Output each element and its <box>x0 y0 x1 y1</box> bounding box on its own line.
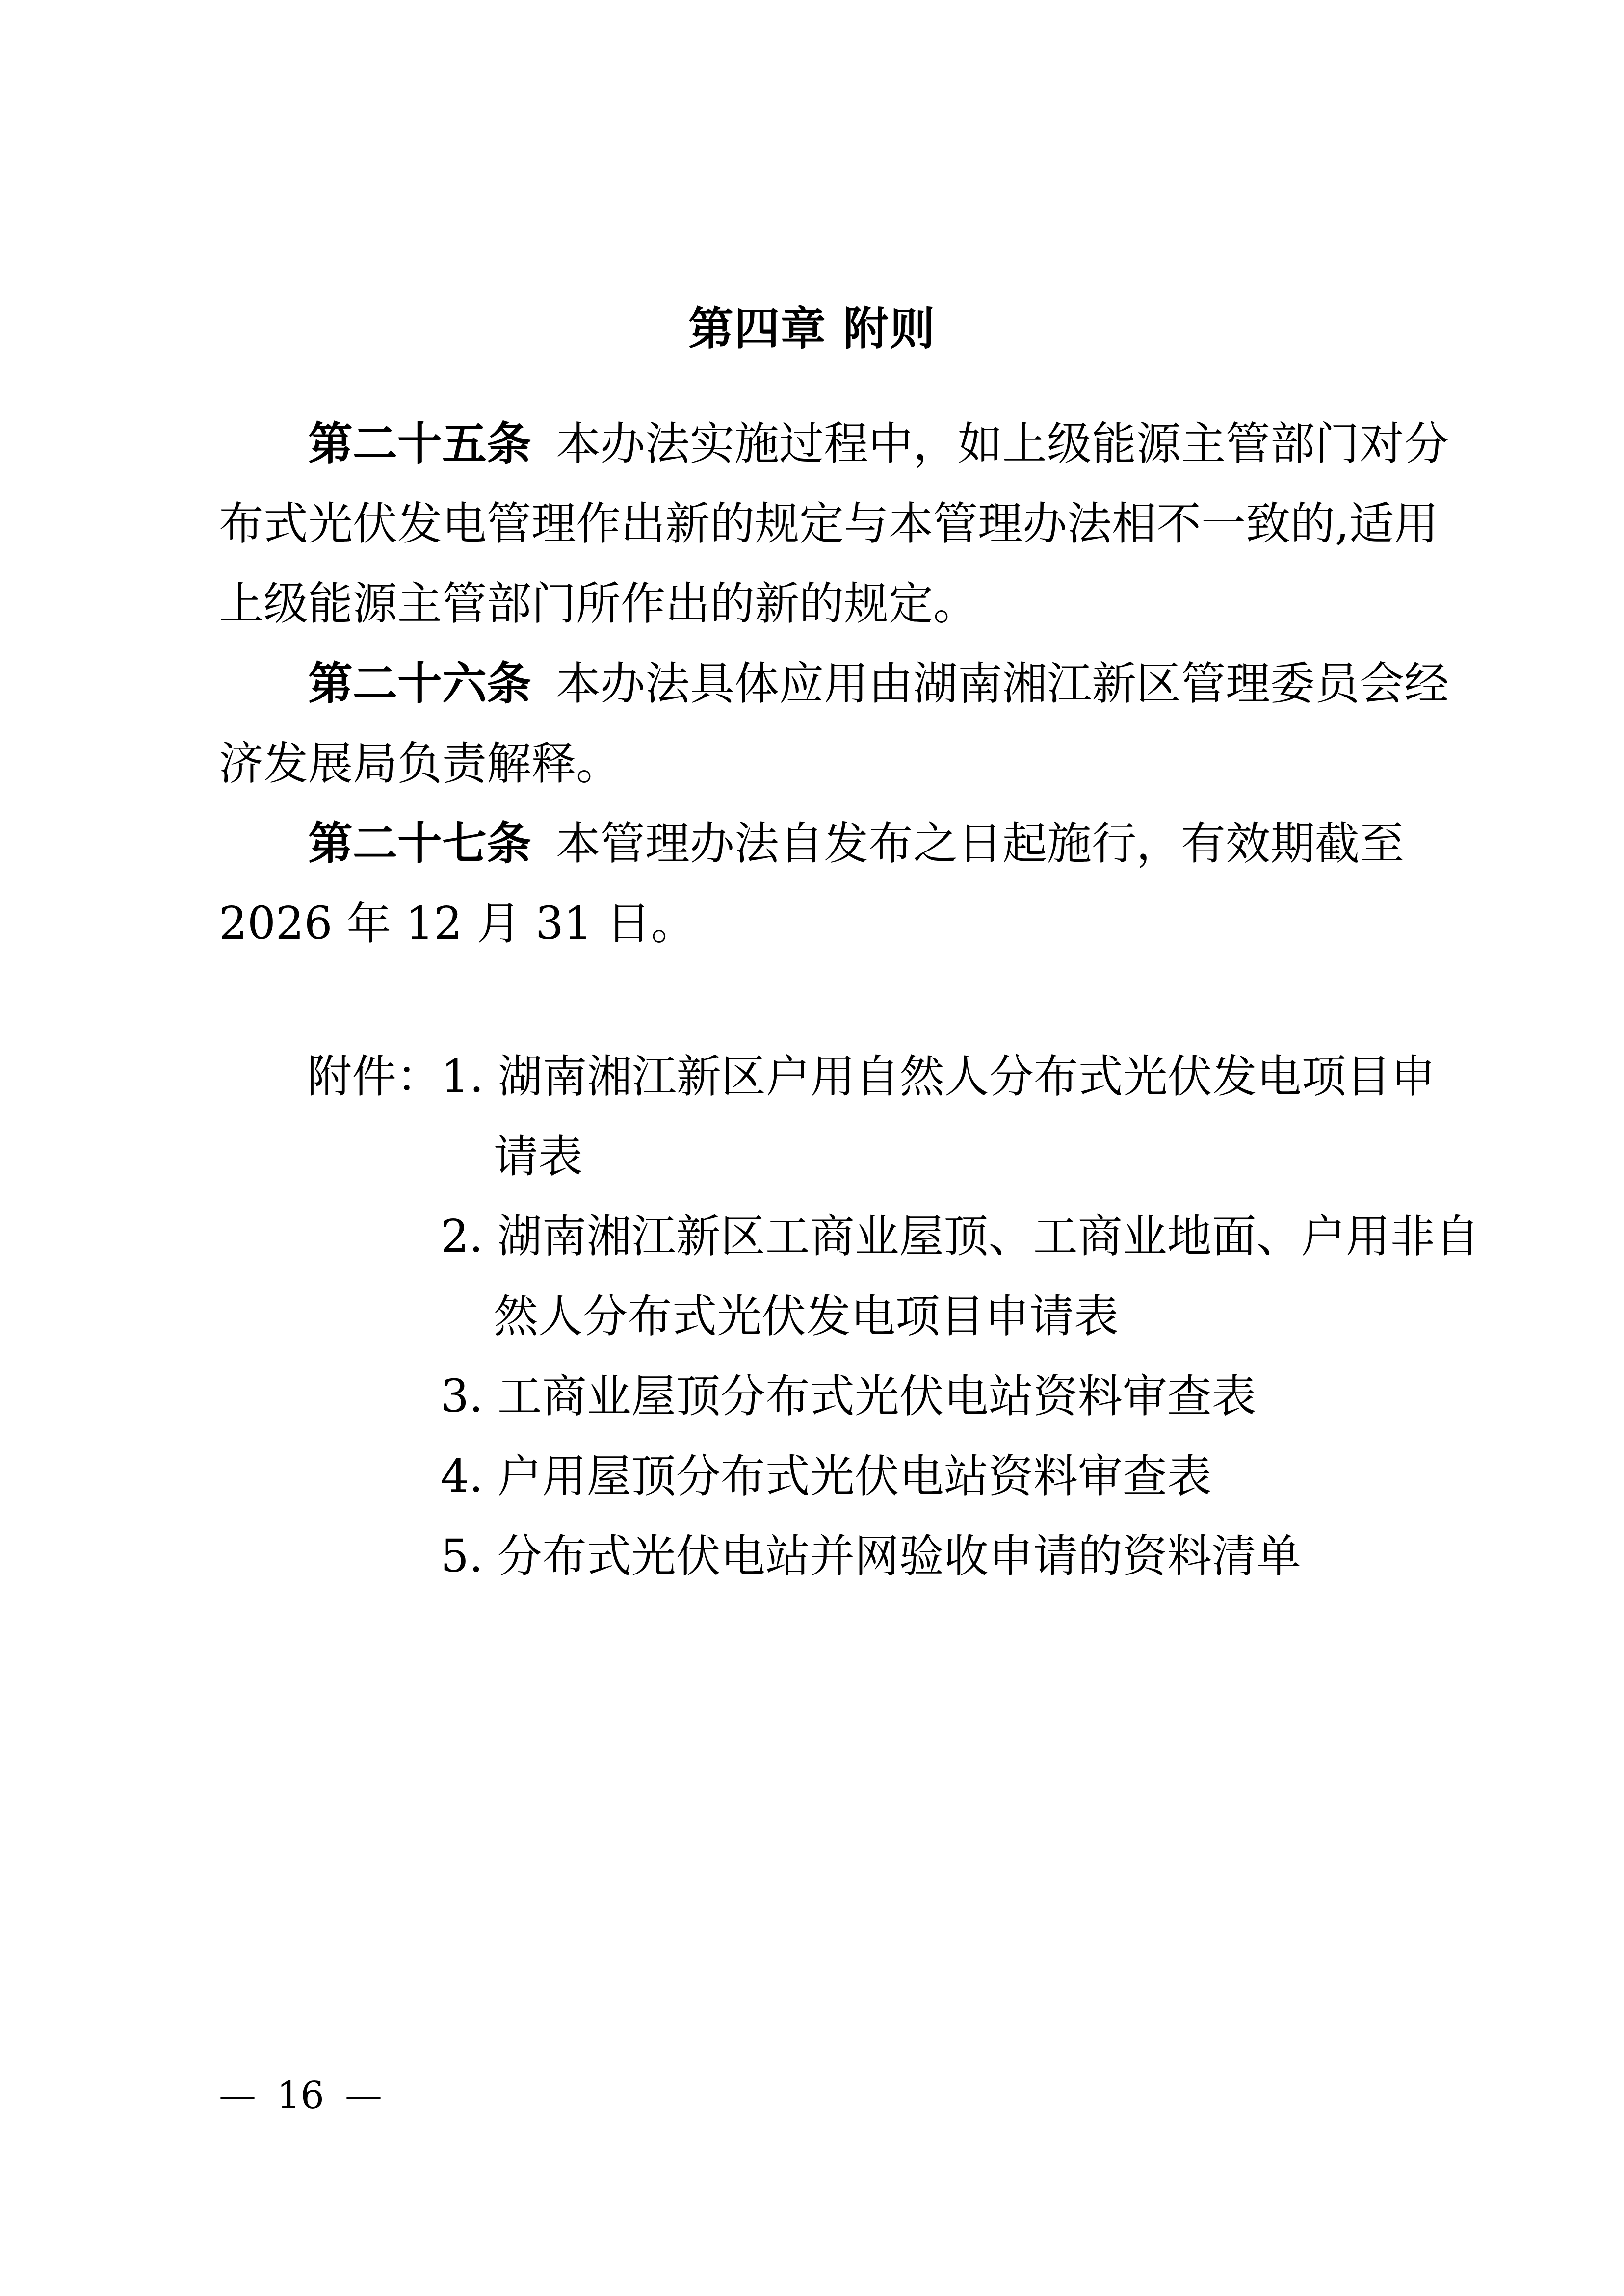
attachment-line: 3. 工商业屋顶分布式光伏电站资料审查表 <box>219 1357 1436 1437</box>
body-line: 布式光伏发电管理作出新的规定与本管理办法相不一致的,适用 <box>219 484 1436 564</box>
body-line-text: 2026 年 12 月 31 日。 <box>219 898 696 950</box>
attachment-line: 然人分布式光伏发电项目申请表 <box>219 1277 1436 1357</box>
attachment-list-block: 附件：1. 湖南湘江新区户用自然人分布式光伏发电项目申 请表 2. 湖南湘江新区… <box>219 1037 1436 1597</box>
article-number: 第二十七条 <box>308 818 531 870</box>
body-line-text: 本管理办法自发布之日起施行，有效期截至 <box>556 818 1404 870</box>
document-page: 第四章 附则 第二十五条本办法实施过程中，如上级能源主管部门对分 布式光伏发电管… <box>0 0 1624 2296</box>
body-line: 2026 年 12 月 31 日。 <box>219 884 1436 964</box>
body-line: 第二十五条本办法实施过程中，如上级能源主管部门对分 <box>219 404 1436 484</box>
attachment-line: 附件：1. 湖南湘江新区户用自然人分布式光伏发电项目申 <box>219 1037 1436 1117</box>
page-number: — 16 — <box>219 2073 382 2118</box>
body-line-text: 本办法具体应用由湖南湘江新区管理委员会经 <box>556 658 1449 710</box>
attachment-line: 5. 分布式光伏电站并网验收申请的资料清单 <box>219 1517 1436 1597</box>
body-line: 第二十六条本办法具体应用由湖南湘江新区管理委员会经 <box>219 644 1436 724</box>
body-line-text: 本办法实施过程中，如上级能源主管部门对分 <box>556 418 1449 470</box>
article-number: 第二十六条 <box>308 658 531 710</box>
body-line: 济发展局负责解释。 <box>219 724 1436 804</box>
body-line-text: 济发展局负责解释。 <box>219 738 621 790</box>
body-line: 上级能源主管部门所作出的新的规定。 <box>219 564 1436 644</box>
article-number: 第二十五条 <box>308 418 531 470</box>
body-line-text: 布式光伏发电管理作出新的规定与本管理办法相不一致的,适用 <box>219 498 1439 550</box>
body-text-block: 第二十五条本办法实施过程中，如上级能源主管部门对分 布式光伏发电管理作出新的规定… <box>219 404 1436 964</box>
attachment-line: 4. 户用屋顶分布式光伏电站资料审查表 <box>219 1437 1436 1517</box>
attachment-line: 请表 <box>219 1117 1436 1197</box>
chapter-title: 第四章 附则 <box>0 300 1624 358</box>
body-line: 第二十七条本管理办法自发布之日起施行，有效期截至 <box>219 804 1436 884</box>
body-line-text: 上级能源主管部门所作出的新的规定。 <box>219 578 978 630</box>
attachment-line: 2. 湖南湘江新区工商业屋顶、工商业地面、户用非自 <box>219 1197 1436 1277</box>
